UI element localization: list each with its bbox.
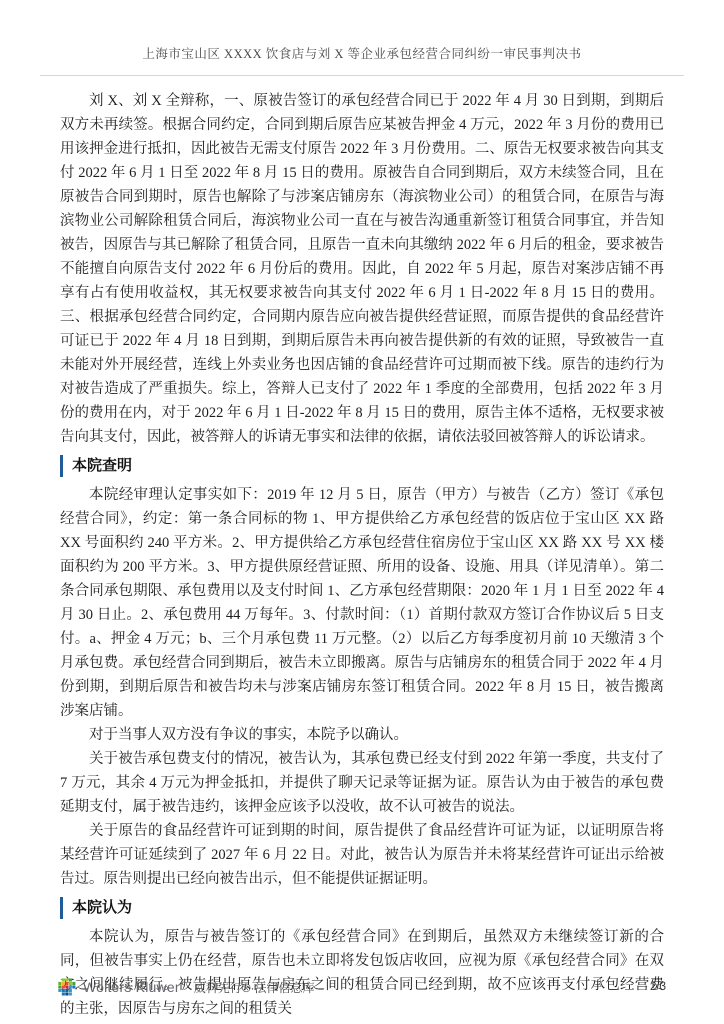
body-paragraph: 关于原告的食品经营许可证到期的时间，原告提供了食品经营许可证为证，以证明原告将某… bbox=[60, 819, 664, 891]
body-paragraph: 本院经审理认定事实如下：2019 年 12 月 5 日，原告（甲方）与被告（乙方… bbox=[60, 483, 664, 723]
page-footer: Wolters Kluwer 威科先行®·法律信息库 2/3 bbox=[58, 978, 666, 996]
body-paragraph: 本院认为，原告与被告签订的《承包经营合同》在到期后，虽然双方未继续签订新的合同，… bbox=[60, 925, 664, 1021]
footer-brand-text: Wolters Kluwer bbox=[83, 979, 180, 995]
body-paragraph: 关于被告承包费支付的情况，被告认为，其承包费已经支付到 2022 年第一季度，共… bbox=[60, 747, 664, 819]
page-number: 2/3 bbox=[650, 981, 666, 993]
footer-product-text: 威科先行®·法律信息库 bbox=[194, 979, 315, 996]
wolters-kluwer-logo-icon bbox=[58, 978, 76, 996]
judgment-document-page: 上海市宝山区 XXXX 饮食店与刘 X 等企业承包经营合同纠纷一审民事判决书 刘… bbox=[0, 0, 724, 1024]
document-body: 刘 X、刘 X 全辩称，一、原被告签订的承包经营合同已于 2022 年 4 月 … bbox=[0, 76, 724, 1021]
body-paragraph: 刘 X、刘 X 全辩称，一、原被告签订的承包经营合同已于 2022 年 4 月 … bbox=[60, 89, 664, 449]
document-header: 上海市宝山区 XXXX 饮食店与刘 X 等企业承包经营合同纠纷一审民事判决书 bbox=[0, 0, 724, 76]
section-heading: 本院认为 bbox=[60, 897, 664, 919]
section-heading: 本院查明 bbox=[60, 455, 664, 477]
body-paragraph: 对于当事人双方没有争议的事实，本院予以确认。 bbox=[60, 723, 664, 747]
document-title: 上海市宝山区 XXXX 饮食店与刘 X 等企业承包经营合同纠纷一审民事判决书 bbox=[0, 44, 724, 62]
